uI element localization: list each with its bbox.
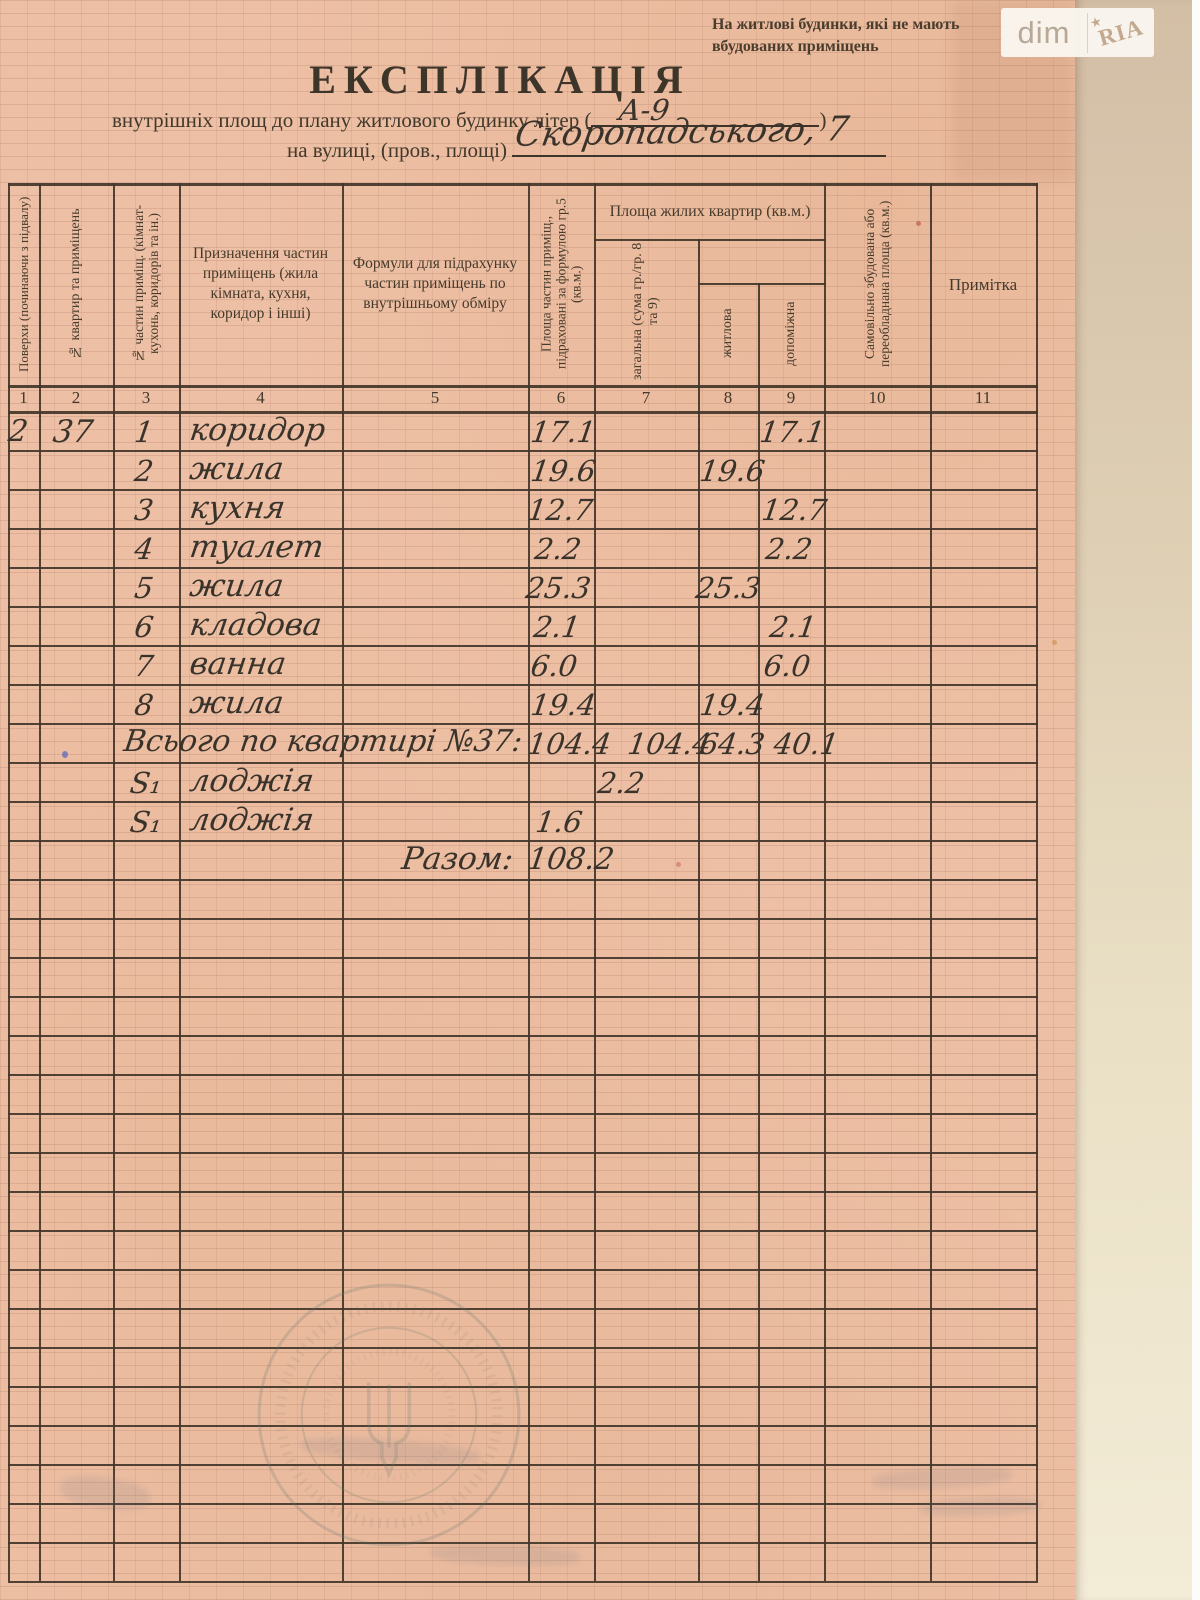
table-rule-horizontal: [8, 1074, 1038, 1076]
table-rule-horizontal: [8, 1269, 1038, 1271]
hw-aux-value: 6.0: [761, 647, 812, 685]
dim-ria-watermark: dim ★RIA: [1001, 8, 1154, 57]
hw-room-purpose: лоджія: [187, 801, 316, 839]
col-header-apartment: № квартир та приміщень: [39, 186, 113, 382]
col-header-total: загальна (сума гр./гр. 8 та 9): [594, 241, 698, 382]
hw-apartment-number: 37: [39, 413, 106, 451]
hw-apartment-total-label: Всього по квартирі №37:: [121, 723, 525, 761]
hw-part-number: S₁: [115, 803, 176, 841]
hw-part-number: 4: [113, 530, 174, 568]
column-number: 11: [930, 387, 1036, 409]
table-rule-horizontal: [8, 1230, 1038, 1232]
star-icon: ★: [1088, 13, 1104, 32]
hw-aux-value: 17.1: [757, 413, 827, 451]
table-rule-horizontal: [8, 1152, 1038, 1154]
hw-room-purpose: жила: [187, 684, 286, 722]
hw-part-number: 3: [113, 491, 174, 529]
hw-room-purpose: лоджія: [187, 762, 316, 800]
hw-room-purpose: коридор: [187, 411, 327, 449]
hw-area-value: 1.6: [533, 803, 584, 841]
scan-background: [1192, 0, 1200, 1600]
column-number: 3: [113, 387, 179, 409]
hw-area-value: 108.2: [525, 841, 616, 879]
column-number: 7: [594, 387, 698, 409]
column-number: 8: [698, 387, 758, 409]
hw-part-number: 2: [113, 452, 174, 490]
col-header-note: Примітка: [930, 186, 1036, 382]
subtitle-line-2: на вулиці, (пров., площі) Скоропадського…: [287, 129, 886, 163]
hw-area-value: 12.7: [525, 491, 595, 529]
hw-living-value: 19.4: [697, 686, 767, 724]
hw-floor: 2: [0, 413, 39, 451]
hw-room-purpose: жила: [187, 450, 286, 488]
table-rule-horizontal: [8, 1581, 1038, 1583]
column-number: 6: [528, 387, 594, 409]
hw-room-purpose: кухня: [187, 489, 287, 527]
paper-stain: [1052, 640, 1057, 645]
column-number: 2: [39, 387, 113, 409]
hw-area-value: 19.4: [528, 686, 598, 724]
col-header-part-number: № частин приміщ. (кімнат-кухонь, коридор…: [113, 186, 179, 382]
col-header-purpose: Призначення частин приміщень (жила кімна…: [179, 186, 342, 382]
hw-room-purpose: кладова: [187, 606, 324, 644]
scanned-explication-document: На житлові будинки, які не мають вбудова…: [0, 0, 1200, 1600]
column-number: 10: [824, 387, 930, 409]
col-header-floors: Поверхи (починаючи з підвалу): [8, 186, 39, 382]
corner-note-line: На житлові будинки, які не мають: [712, 14, 982, 36]
column-number: 9: [758, 387, 824, 409]
hw-area-value: 25.3: [523, 569, 593, 607]
hw-part-number: 5: [113, 569, 174, 607]
hw-room-purpose: туалет: [187, 528, 326, 566]
col-header-living: житлова: [698, 285, 758, 382]
col-header-auxiliary: допоміжна: [758, 285, 824, 382]
hw-part-number: S₁: [115, 764, 176, 802]
hw-aux-value: 2.1: [767, 608, 818, 646]
column-number: 1: [8, 387, 39, 409]
table-rule-vertical: [698, 239, 700, 1581]
col-header-unauthorized: Самовільно збудована або переобладнана п…: [824, 186, 930, 382]
hw-aux-value: 2.2: [763, 530, 814, 568]
street-blank-line: Скоропадського, 7: [512, 129, 886, 157]
hw-part-number: 7: [113, 647, 174, 685]
hw-living-value: 19.6: [697, 452, 767, 490]
hw-living-value: 64.3: [697, 725, 767, 763]
table-rule-horizontal: [8, 879, 1038, 881]
hw-area-value: 2.2: [595, 764, 646, 802]
hw-part-number: 6: [113, 608, 174, 646]
table-rule-horizontal: [8, 1113, 1038, 1115]
corner-note: На житлові будинки, які не мають вбудова…: [712, 14, 982, 58]
table-rule-horizontal: [8, 957, 1038, 959]
street-label: на вулиці, (пров., площі): [287, 138, 507, 162]
hw-area-value: 2.1: [531, 608, 582, 646]
hw-area-value: 6.0: [528, 647, 579, 685]
corner-note-line: вбудованих приміщень: [712, 36, 982, 58]
ria-logo-text: RIA: [1096, 14, 1146, 50]
hw-area-value: 19.6: [528, 452, 598, 490]
table-rule-vertical: [1036, 183, 1038, 1581]
hw-part-number: 8: [113, 686, 174, 724]
hw-room-purpose: жила: [187, 567, 286, 605]
street-value-handwritten: Скоропадського, 7: [513, 110, 852, 154]
hw-aux-value: 12.7: [759, 491, 829, 529]
ink-dot: [62, 751, 68, 758]
table-rule-horizontal: [8, 918, 1038, 920]
hw-part-number: 1: [113, 413, 174, 451]
paper-stain: [676, 862, 681, 867]
dim-logo-text: dim: [1001, 10, 1087, 56]
hw-area-value: 2.2: [532, 530, 583, 568]
hw-area-value: 17.1: [528, 413, 598, 451]
table-rule-horizontal: [8, 1191, 1038, 1193]
hw-aux-value: 40.1: [771, 725, 841, 763]
hw-room-purpose: ванна: [187, 645, 288, 683]
page-edge-strip: [1075, 0, 1192, 1600]
col-header-formulas: Формули для підрахунку частин приміщень …: [342, 186, 528, 382]
col-header-area-by-formula: Площа частин приміщ., підраховані за фор…: [528, 186, 594, 382]
group-header-living-area: Площа жилих квартир (кв.м.): [596, 186, 824, 237]
paper-stain: [916, 221, 921, 226]
column-number: 5: [342, 387, 528, 409]
table-rule-horizontal: [8, 1035, 1038, 1037]
hw-living-value: 25.3: [693, 569, 763, 607]
column-number: 4: [179, 387, 342, 409]
round-stamp-seal: [252, 1278, 526, 1552]
ria-logo: ★RIA: [1086, 11, 1157, 54]
hw-grand-total-label: Разом:: [399, 840, 515, 878]
table-rule-horizontal: [8, 996, 1038, 998]
hw-area-value: 104.4: [525, 725, 613, 763]
